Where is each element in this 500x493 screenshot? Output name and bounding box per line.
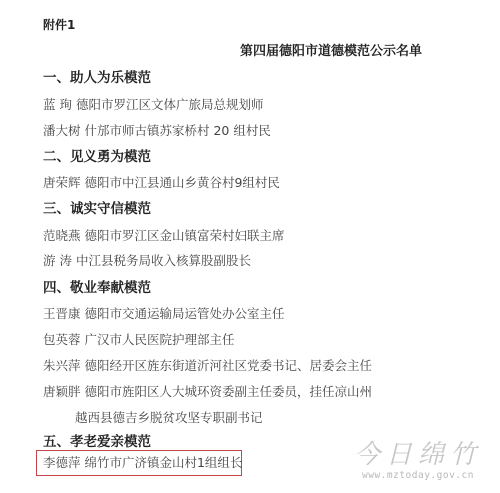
list-item: 朱兴萍 德阳经开区旌东街道沂河社区党委书记、居委会主任 xyxy=(43,357,372,375)
list-item: 王晋康 德阳市交通运输局运管处办公室主任 xyxy=(43,305,284,323)
list-item: 蓝 珣 德阳市罗江区文体广旅局总规划师 xyxy=(43,96,263,114)
section-heading: 二、见义勇为模范 xyxy=(43,148,151,166)
document-title: 第四届德阳市道德模范公示名单 xyxy=(240,43,422,61)
section-heading: 五、孝老爱亲模范 xyxy=(43,433,151,451)
document-page: 附件1 第四届德阳市道德模范公示名单 一、助人为乐模范 蓝 珣 德阳市罗江区文体… xyxy=(0,0,500,493)
list-item: 唐颖胖 德阳市旌阳区人大城环资委副主任委员，挂任凉山州 xyxy=(43,383,372,401)
list-item: 包英蓉 广汉市人民医院护理部主任 xyxy=(43,331,234,349)
section-heading: 四、敬业奉献模范 xyxy=(43,279,151,297)
watermark-url: www.mztoday.gov.cn xyxy=(348,470,488,482)
list-item: 游 涛 中江县税务局收入核算股副股长 xyxy=(43,252,251,270)
list-item: 潘大树 什邡市师古镇苏家桥村 20 组村民 xyxy=(43,122,271,140)
list-item: 唐荣辉 德阳市中江县通山乡黄谷村9组村民 xyxy=(43,174,280,192)
section-heading: 三、诚实守信模范 xyxy=(43,200,151,218)
attachment-label: 附件1 xyxy=(43,16,75,34)
watermark-brand: 今日绵竹 xyxy=(348,440,488,470)
highlighted-list-item: 李德萍 绵竹市广济镇金山村1组组长 xyxy=(43,454,242,472)
list-item: 范晓燕 德阳市罗江区金山镇富荣村妇联主席 xyxy=(43,227,284,245)
section-heading: 一、助人为乐模范 xyxy=(43,69,151,87)
watermark: 今日绵竹 www.mztoday.gov.cn xyxy=(348,440,488,482)
list-item-continuation: 越西县德吉乡脱贫攻坚专职副书记 xyxy=(75,409,263,427)
